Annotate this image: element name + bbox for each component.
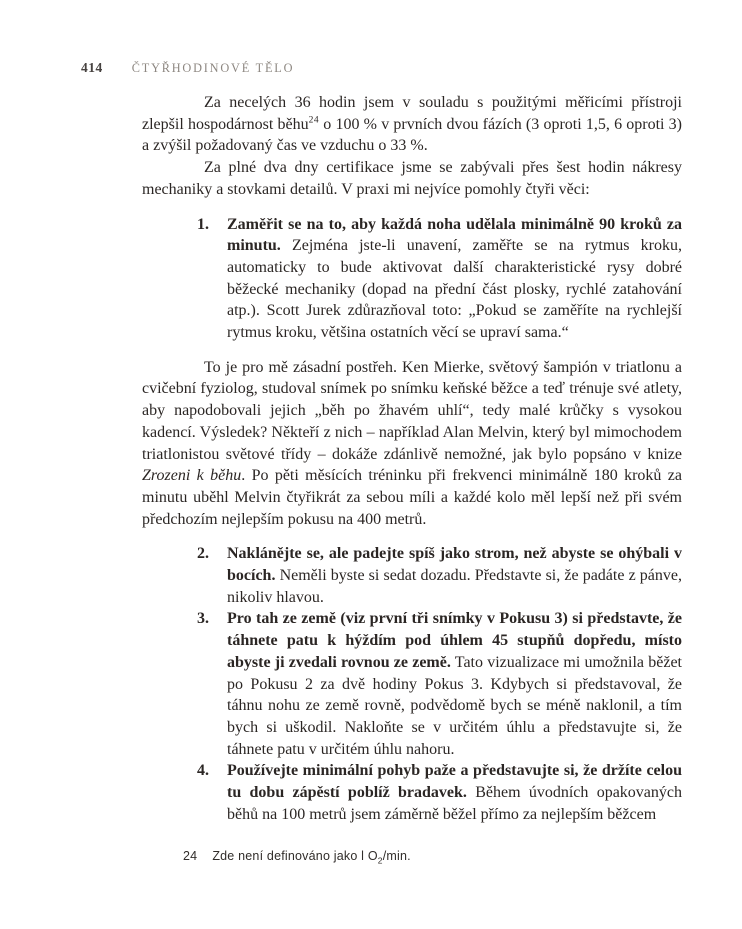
list-item-text: Používejte minimální pohyb paže a předst… xyxy=(227,760,682,825)
paragraph-mierke: To je pro mě zásadní postřeh. Ken Mierke… xyxy=(142,357,682,531)
list-item-4: 4. Používejte minimální pohyb paže a pře… xyxy=(142,760,682,825)
numbered-list-top: 1. Zaměřit se na to, aby každá noha uděl… xyxy=(142,214,682,344)
list-item-number: 1. xyxy=(142,214,227,344)
page-body: Za necelých 36 hodin jsem v souladu s po… xyxy=(142,92,682,839)
footnote-text: Zde není definováno jako l O2/min. xyxy=(212,849,410,863)
footnote-text-pre: Zde není definováno jako l O xyxy=(212,849,377,863)
running-head: 414 ČTYŘHODINOVÉ TĚLO xyxy=(81,60,294,76)
cited-book-title: Zrozeni k běhu xyxy=(142,467,241,484)
paragraph-measurements: Za necelých 36 hodin jsem v souladu s po… xyxy=(142,92,682,157)
list-item-text: Zaměřit se na to, aby každá noha udělala… xyxy=(227,214,682,344)
footnote-ref: 24 xyxy=(309,115,320,125)
list-item-1: 1. Zaměřit se na to, aby každá noha uděl… xyxy=(142,214,682,344)
list-item-rest: Neměli byste si sedat dozadu. Představte… xyxy=(227,567,682,606)
list-item-2: 2. Naklánějte se, ale padejte spíš jako … xyxy=(142,543,682,608)
running-title: ČTYŘHODINOVÉ TĚLO xyxy=(132,61,295,76)
paragraph-text: To je pro mě zásadní postřeh. Ken Mierke… xyxy=(142,359,682,463)
numbered-list-bottom: 2. Naklánějte se, ale padejte spíš jako … xyxy=(142,543,682,825)
list-item-3: 3. Pro tah ze země (viz první tři snímky… xyxy=(142,608,682,760)
list-item-text: Pro tah ze země (viz první tři snímky v … xyxy=(227,608,682,760)
list-item-number: 4. xyxy=(142,760,227,825)
footnote-text-post: /min. xyxy=(383,849,411,863)
footnote-number: 24 xyxy=(183,849,197,863)
page-number: 414 xyxy=(81,60,103,76)
list-item-rest: Zejména jste-li unavení, zaměřte se na r… xyxy=(227,237,682,341)
footnote: 24Zde není definováno jako l O2/min. xyxy=(183,849,411,863)
list-item-text: Naklánějte se, ale padejte spíš jako str… xyxy=(227,543,682,608)
list-item-number: 3. xyxy=(142,608,227,760)
book-page: 414 ČTYŘHODINOVÉ TĚLO Za necelých 36 hod… xyxy=(0,0,742,929)
paragraph-certification: Za plné dva dny certifikace jsme se zabý… xyxy=(142,157,682,200)
list-item-number: 2. xyxy=(142,543,227,608)
